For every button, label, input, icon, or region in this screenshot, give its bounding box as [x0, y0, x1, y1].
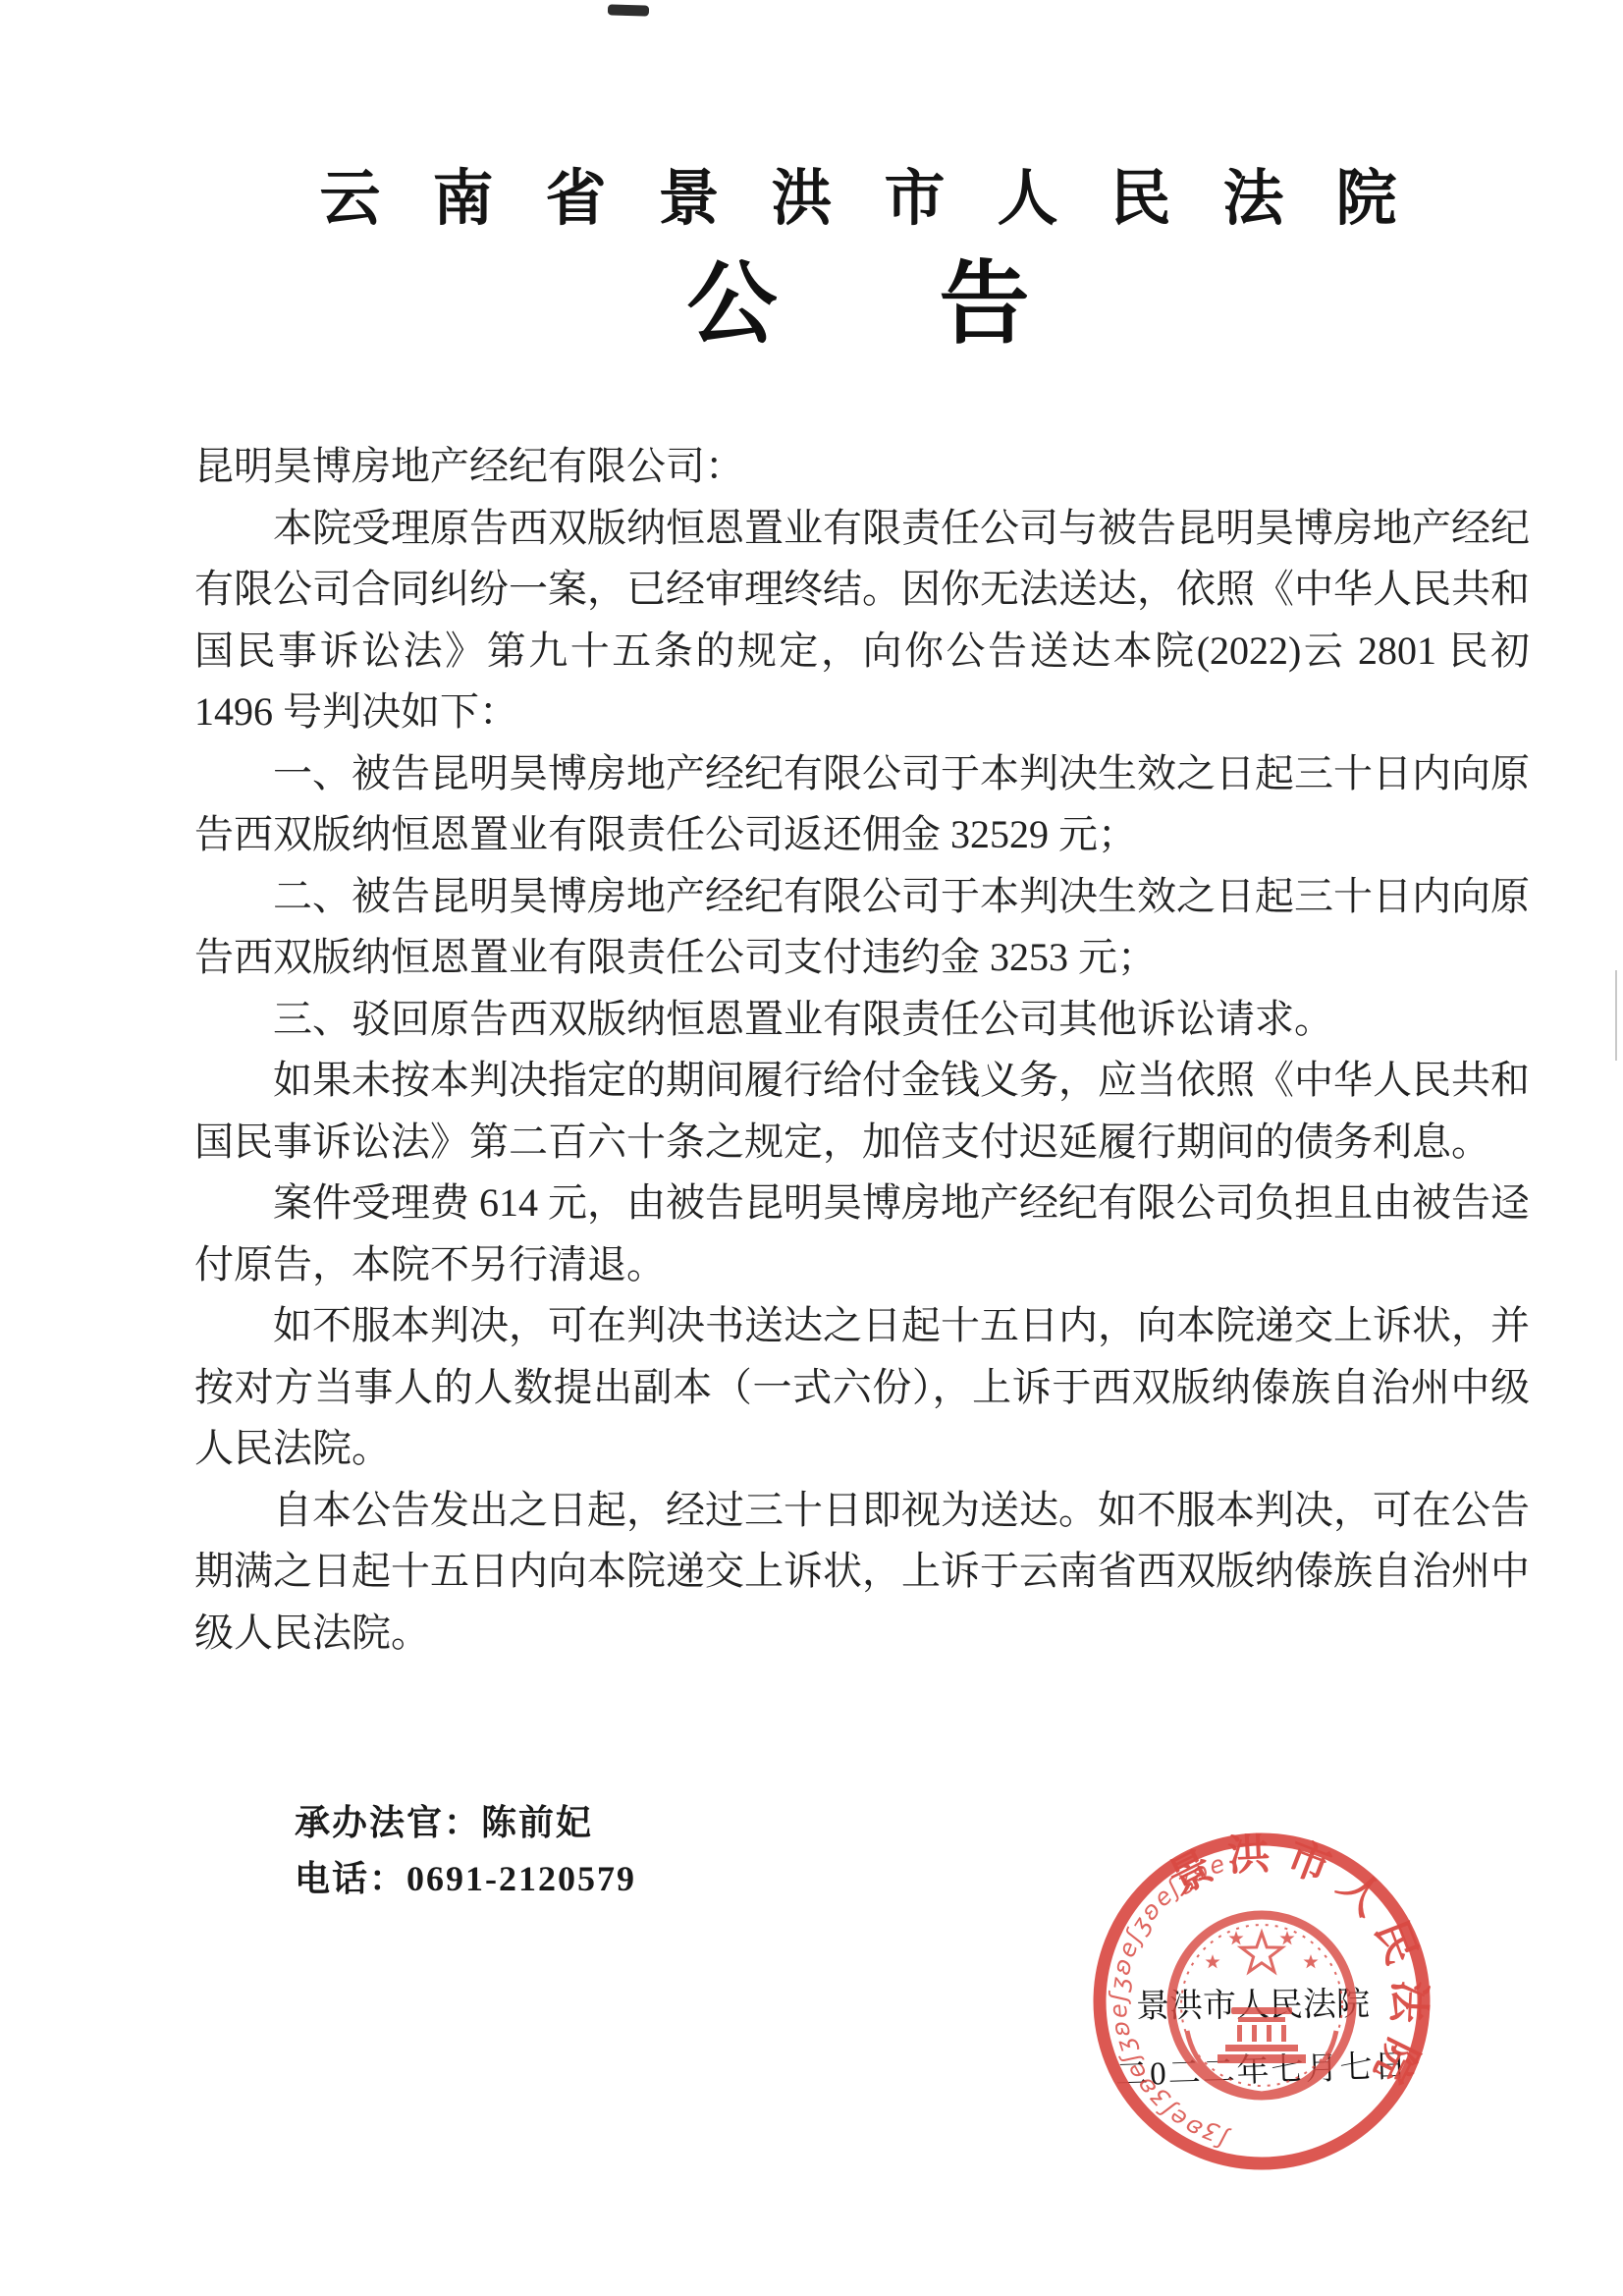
phone-line: 电话：0691-2120579	[295, 1851, 636, 1907]
body-paragraph: 自本公告发出之日起，经过三十日即视为送达。如不服本判决，可在公告期满之日起十五日…	[194, 1480, 1530, 1665]
document-page: 云南省景洪市人民法院 公告 昆明昊博房地产经纪有限公司： 本院受理原告西双版纳恒…	[0, 0, 1623, 2296]
body-paragraph: 如不服本判决，可在判决书送达之日起十五日内，向本院递交上诉状，并按对方当事人的人…	[194, 1295, 1530, 1480]
body-paragraph: 二、被告昆明昊博房地产经纪有限公司于本判决生效之日起三十日内向原告西双版纳恒恩置…	[194, 866, 1530, 989]
body-paragraph: 三、驳回原告西双版纳恒恩置业有限责任公司其他诉讼请求。	[194, 989, 1530, 1051]
small-star-icon	[1205, 1954, 1219, 1968]
body-paragraph: 如果未按本判决指定的期间履行给付金钱义务，应当依照《中华人民共和国民事诉讼法》第…	[194, 1050, 1530, 1173]
big-star-icon	[1241, 1933, 1282, 1972]
body-paragraph: 本院受理原告西双版纳恒恩置业有限责任公司与被告昆明昊博房地产经纪有限公司合同纠纷…	[194, 498, 1530, 743]
contact-block: 承办法官：陈前妃 电话：0691-2120579	[295, 1795, 636, 1907]
scan-artifact-mark	[608, 4, 649, 16]
body-paragraph: 案件受理费 614 元，由被告昆明昊博房地产经纪有限公司负担且由被告迳付原告，本…	[194, 1173, 1530, 1295]
signature-court-name: 景洪市人民法院	[1136, 1977, 1371, 2027]
small-star-icon	[1279, 1931, 1294, 1944]
addressee-line: 昆明昊博房地产经纪有限公司：	[194, 436, 1530, 498]
judge-line: 承办法官：陈前妃	[295, 1795, 636, 1851]
small-star-icon	[1303, 1954, 1318, 1968]
signature-date: 二0二二年七月七日	[1114, 2040, 1409, 2095]
body-paragraph: 一、被告昆明昊博房地产经纪有限公司于本判决生效之日起三十日内向原告西双版纳恒恩置…	[194, 743, 1530, 866]
notice-title: 公告	[194, 253, 1522, 355]
court-title: 云南省景洪市人民法院	[194, 165, 1522, 234]
scan-edge-line	[1615, 970, 1617, 1061]
notice-body: 昆明昊博房地产经纪有限公司： 本院受理原告西双版纳恒恩置业有限责任公司与被告昆明…	[194, 436, 1530, 1664]
small-star-icon	[1228, 1931, 1243, 1944]
